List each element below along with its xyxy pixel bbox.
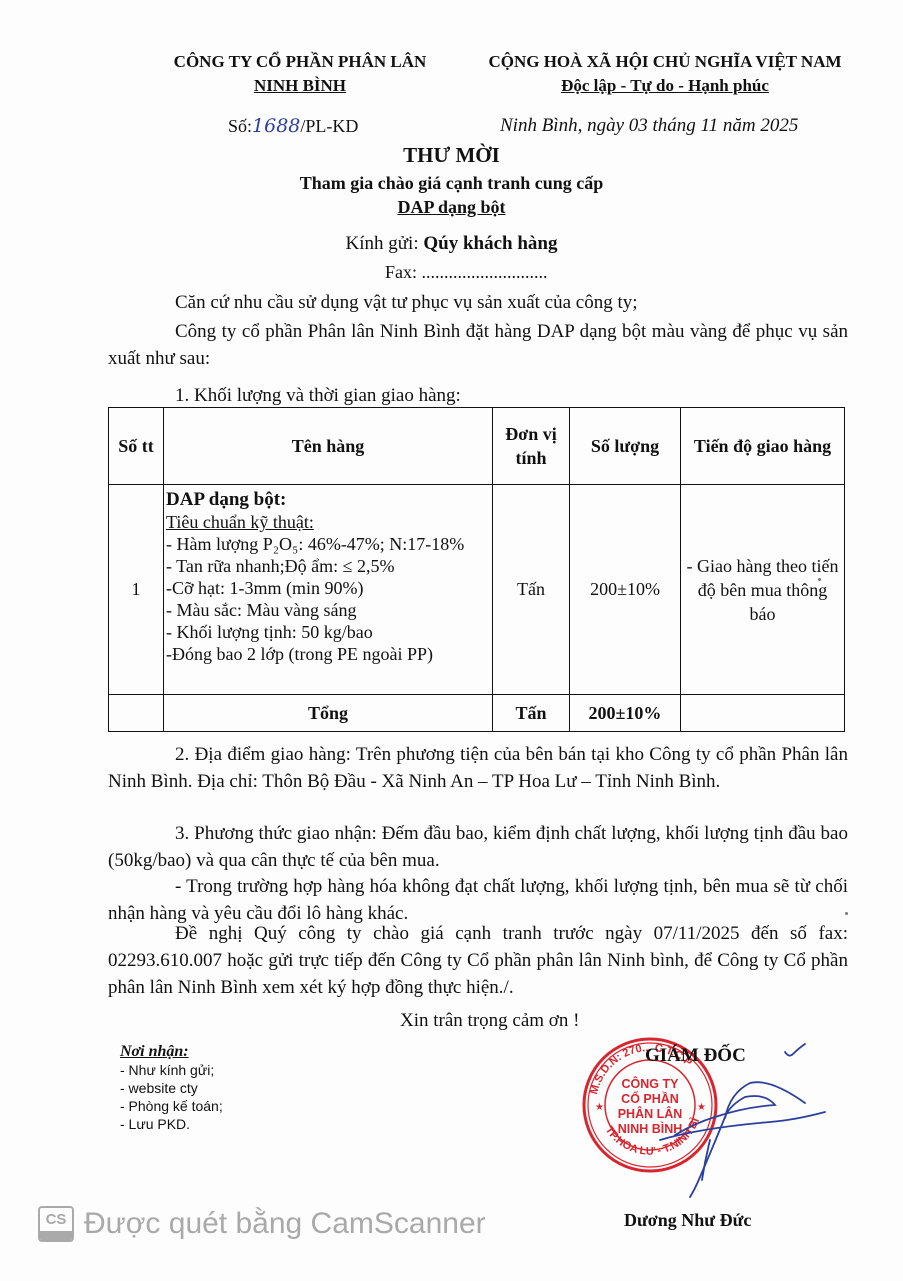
recipient-item: - Phòng kế toán; bbox=[120, 1097, 223, 1115]
total-schedule bbox=[681, 695, 845, 732]
col-qty: Số lượng bbox=[570, 408, 681, 485]
table-row: 1 DAP dạng bột: Tiêu chuẩn kỹ thuật: - H… bbox=[109, 485, 845, 695]
recipient-item: - Lưu PKD. bbox=[120, 1115, 223, 1133]
recipient-label: Kính gửi: bbox=[346, 233, 424, 254]
intro-paragraph-2: Công ty cổ phần Phân lân Ninh Bình đặt h… bbox=[108, 318, 848, 372]
col-schedule: Tiến độ giao hàng bbox=[681, 408, 845, 485]
recipient-line: Kính gửi: Qúy khách hàng bbox=[0, 233, 903, 255]
spec-item: - Hàm lượng P₂O₅: 46%-47%; N:17-18% bbox=[166, 533, 490, 555]
col-stt: Số tt bbox=[109, 408, 164, 485]
national-title: CỘNG HOÀ XÃ HỘI CHỦ NGHĨA VIỆT NAM bbox=[470, 50, 860, 74]
spec-item: - Tan rữa nhanh;Độ ẩm: ≤ 2,5% bbox=[166, 555, 490, 577]
document-date: Ninh Bình, ngày 03 tháng 11 năm 2025 bbox=[500, 115, 798, 137]
recipient-name: Qúy khách hàng bbox=[423, 233, 557, 254]
product-name: DAP dạng bột: bbox=[166, 489, 490, 511]
intro-paragraph-1: Căn cứ nhu cầu sử dụng vật tư phục vụ sả… bbox=[175, 289, 638, 316]
section-3-rejection-note: - Trong trường hợp hàng hóa không đạt ch… bbox=[108, 873, 848, 927]
section-2-delivery-location: 2. Địa điểm giao hàng: Trên phương tiện … bbox=[108, 741, 848, 795]
recipient-item: - Như kính gửi; bbox=[120, 1061, 223, 1079]
closing-thanks: Xin trân trọng cảm ơn ! bbox=[400, 1010, 579, 1032]
total-row: Tổng Tấn 200±10% bbox=[109, 695, 845, 732]
fax-line: Fax: ............................ bbox=[385, 262, 548, 283]
product-title: DAP dạng bột bbox=[0, 197, 903, 218]
doc-no-handwritten: 1688 bbox=[252, 115, 300, 137]
camscanner-text: Được quét bằng CamScanner bbox=[84, 1207, 486, 1241]
document-number: Số:1688/PL-KD bbox=[228, 115, 358, 137]
total-qty: 200±10% bbox=[570, 695, 681, 732]
row-schedule: - Giao hàng theo tiến độ bên mua thông b… bbox=[681, 485, 845, 695]
row-qty: 200±10% bbox=[570, 485, 681, 695]
national-motto: Độc lập - Tự do - Hạnh phúc bbox=[470, 74, 860, 98]
recipients-heading: Nơi nhận: bbox=[120, 1043, 223, 1061]
row-spec: DAP dạng bột: Tiêu chuẩn kỹ thuật: - Hàm… bbox=[164, 485, 493, 695]
row-stt: 1 bbox=[109, 485, 164, 695]
recipients-list: Nơi nhận: - Như kính gửi; - website cty … bbox=[120, 1043, 223, 1133]
total-stt bbox=[109, 695, 164, 732]
spec-title: Tiêu chuẩn kỹ thuật: bbox=[166, 511, 490, 533]
doc-no-suffix: /PL-KD bbox=[300, 116, 358, 136]
spec-item: -Đóng bao 2 lớp (trong PE ngoài PP) bbox=[166, 643, 490, 665]
spec-item: - Khối lượng tịnh: 50 kg/bao bbox=[166, 621, 490, 643]
svg-text:★: ★ bbox=[595, 1102, 604, 1113]
company-name-line2: NINH BÌNH bbox=[150, 74, 450, 98]
company-header: CÔNG TY CỔ PHẦN PHÂN LÂN NINH BÌNH bbox=[150, 50, 450, 98]
total-label: Tổng bbox=[164, 695, 493, 732]
scan-dot bbox=[818, 578, 821, 581]
recipient-item: - website cty bbox=[120, 1079, 223, 1097]
goods-table: Số tt Tên hàng Đơn vị tính Số lượng Tiến… bbox=[108, 407, 845, 732]
camscanner-watermark: CS Được quét bằng CamScanner bbox=[38, 1206, 486, 1242]
row-unit: Tấn bbox=[493, 485, 570, 695]
signature-icon bbox=[640, 1040, 830, 1220]
document-title: THƯ MỜI bbox=[0, 143, 903, 168]
table-header-row: Số tt Tên hàng Đơn vị tính Số lượng Tiến… bbox=[109, 408, 845, 485]
quote-request-paragraph: Đề nghị Quý công ty chào giá cạnh tranh … bbox=[108, 920, 848, 1001]
doc-no-prefix: Số: bbox=[228, 116, 252, 136]
spec-item: - Màu sắc: Màu vàng sáng bbox=[166, 599, 490, 621]
total-unit: Tấn bbox=[493, 695, 570, 732]
col-name: Tên hàng bbox=[164, 408, 493, 485]
section-1-heading: 1. Khối lượng và thời gian giao hàng: bbox=[175, 382, 461, 409]
spec-item: -Cỡ hạt: 1-3mm (min 90%) bbox=[166, 577, 490, 599]
company-name-line1: CÔNG TY CỔ PHẦN PHÂN LÂN bbox=[150, 50, 450, 74]
col-unit: Đơn vị tính bbox=[493, 408, 570, 485]
camscanner-logo-icon: CS bbox=[38, 1206, 74, 1242]
section-3-delivery-method: 3. Phương thức giao nhận: Đếm đầu bao, k… bbox=[108, 820, 848, 874]
document-subtitle: Tham gia chào giá cạnh tranh cung cấp bbox=[0, 173, 903, 194]
national-header: CỘNG HOÀ XÃ HỘI CHỦ NGHĨA VIỆT NAM Độc l… bbox=[470, 50, 860, 98]
scan-dot bbox=[845, 912, 848, 915]
